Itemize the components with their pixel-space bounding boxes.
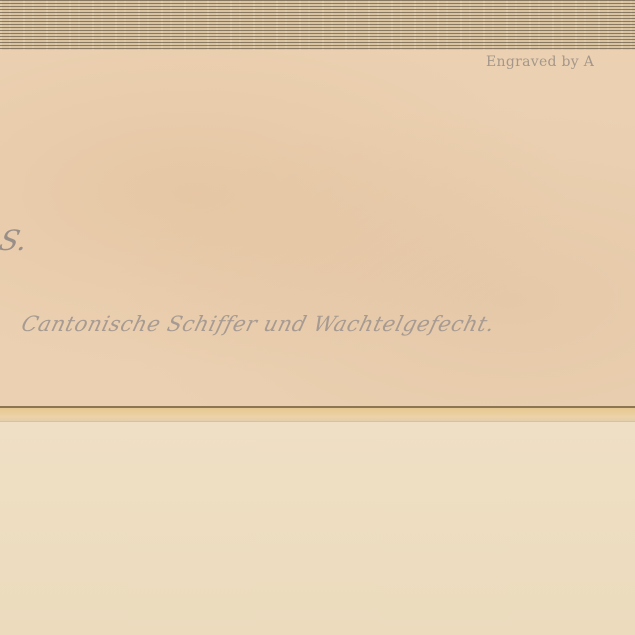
engraver-credit: Engraved by A [486,54,594,70]
plate-margin [0,50,635,407]
mat-bevel [0,408,635,422]
caption-script: Cantonische Schiffer und Wachtelgefecht. [19,312,497,336]
engraving-hatching [0,0,635,51]
mat-border [0,422,635,635]
